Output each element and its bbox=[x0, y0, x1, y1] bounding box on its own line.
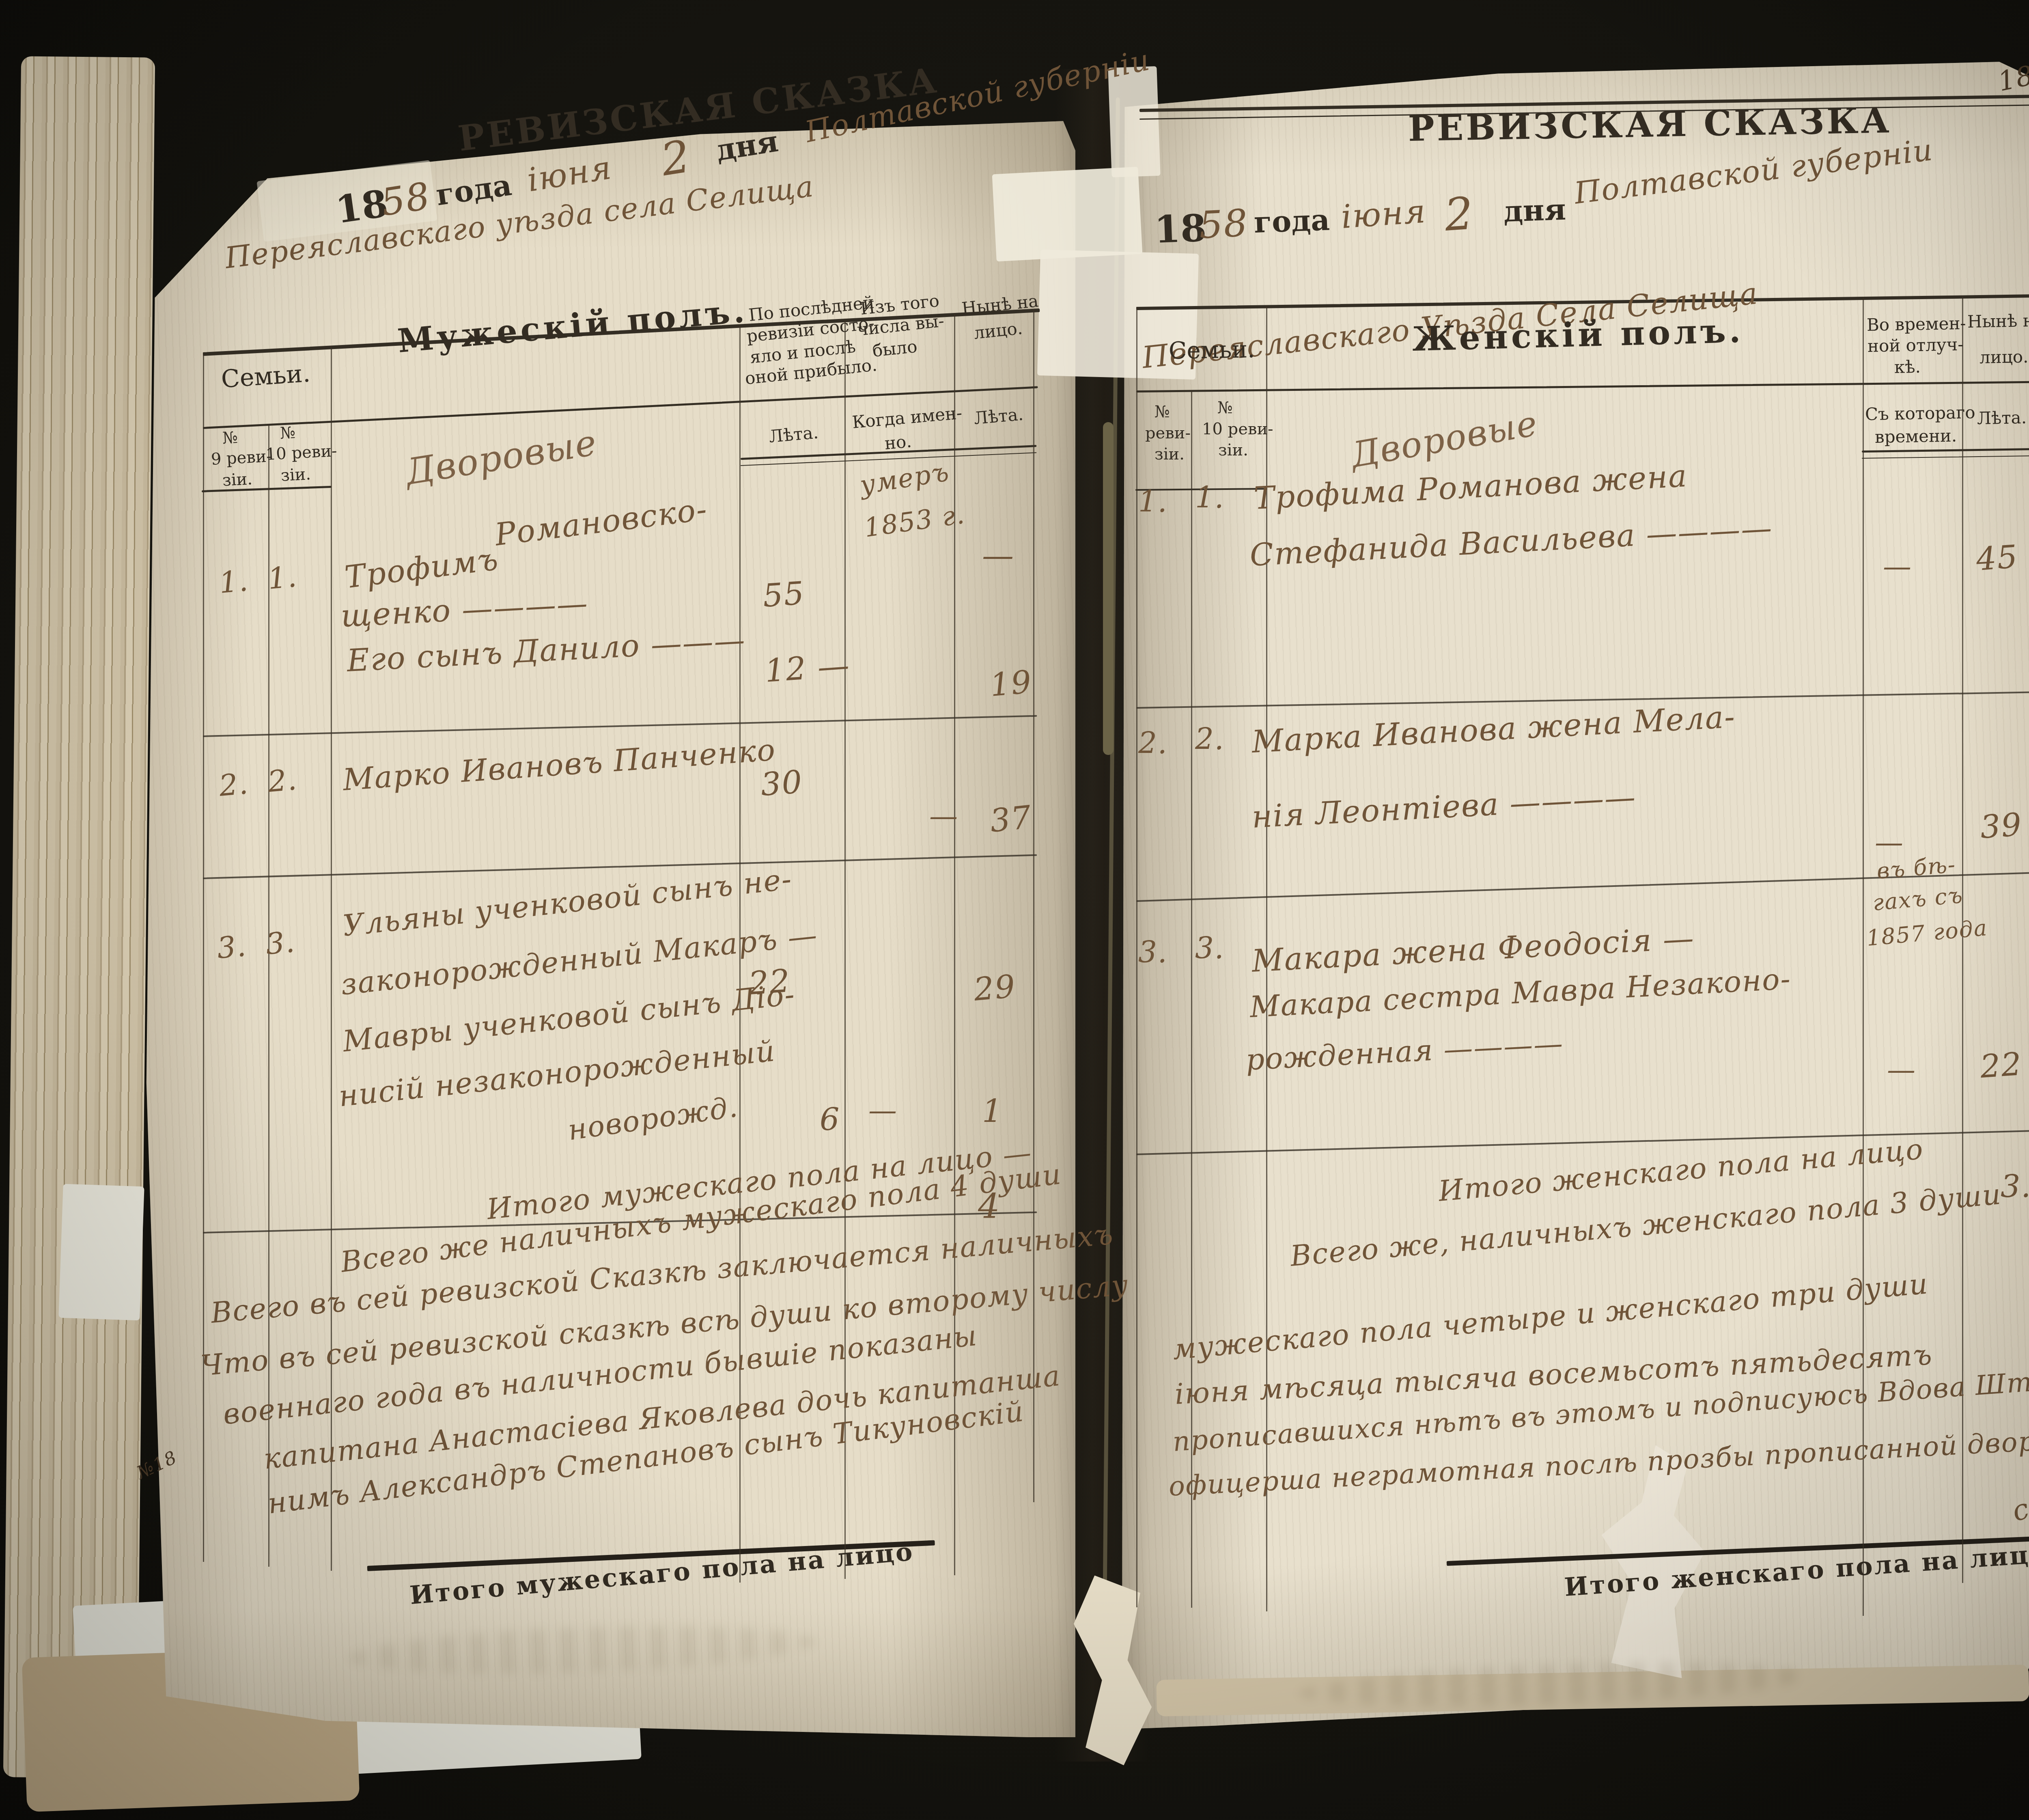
family-no-10rev: 2. bbox=[267, 765, 299, 796]
printed-dnya: дня bbox=[1503, 195, 1566, 226]
family-no-9rev: 1. bbox=[1138, 487, 1168, 516]
subcol-age: Лѣта. bbox=[1977, 409, 2027, 427]
present-age: 29 bbox=[973, 970, 1017, 1006]
subcol-rev10: зіи. bbox=[1218, 442, 1248, 458]
subcol-rev10: 10 реви- bbox=[265, 443, 337, 463]
summary-total: 3. bbox=[2001, 1171, 2029, 1202]
subcol-rev9: № bbox=[222, 429, 238, 446]
dash-mark: — bbox=[1875, 828, 1904, 856]
subcol-when: но. bbox=[884, 433, 912, 452]
col-header-present: лицо. bbox=[973, 320, 1023, 342]
age-value: 6 bbox=[820, 1104, 840, 1135]
page-number: 1889. bbox=[1996, 52, 2029, 95]
family-no-9rev: 3. bbox=[1138, 938, 1168, 967]
col-header-absence: кѣ. bbox=[1894, 358, 1921, 376]
family-no-10rev: 3. bbox=[265, 927, 297, 959]
col-header-present: Нынѣ на bbox=[1967, 312, 2029, 330]
col-header-families: Семьи. bbox=[220, 361, 311, 392]
present-age: 19 bbox=[989, 666, 1034, 701]
col-header-absence: Во времен- bbox=[1867, 315, 1966, 334]
right-page-title: РЕВИЗСКАЯ СКАЗКА bbox=[1408, 103, 1892, 147]
printed-goda: года bbox=[1254, 205, 1330, 237]
dash-mark: — bbox=[868, 1096, 898, 1124]
archival-photo-revision-list: РЕВИЗСКАЯ СКАЗКА 18 58 года іюня 2 дня П… bbox=[0, 0, 2029, 1820]
white-tab-left-edge bbox=[58, 1184, 144, 1321]
dash-mark: — bbox=[929, 802, 958, 830]
binding-cord-knot bbox=[1103, 422, 1114, 755]
subcol-since: времени. bbox=[1875, 427, 1957, 446]
present-age: 22 bbox=[1979, 1048, 2023, 1083]
age-value: 30 bbox=[760, 766, 803, 801]
col-header-families: Семьи. bbox=[1168, 337, 1255, 362]
family-no-10rev: 1. bbox=[267, 562, 299, 593]
col-header-female-sex: Женскій полъ. bbox=[1412, 314, 1744, 356]
col-header-departed: было bbox=[872, 338, 918, 360]
present-age: 39 bbox=[1979, 809, 2023, 843]
dash-mark: — bbox=[982, 540, 1014, 571]
subcol-rev9: 9 реви- bbox=[211, 448, 272, 468]
subcol-rev9: зіи. bbox=[1155, 446, 1185, 462]
family-no-10rev: 1. bbox=[1195, 483, 1225, 512]
handwritten-year: 58 bbox=[379, 177, 433, 222]
col-header-absence: ной отлуч- bbox=[1867, 336, 1964, 355]
subcol-since: Съ котораго bbox=[1865, 404, 1975, 423]
absence-note: въ бѣ- bbox=[1876, 854, 1957, 882]
family-no-10rev: 2. bbox=[1195, 725, 1225, 754]
subcol-rev9: № bbox=[1155, 404, 1170, 420]
handwritten-year: 58 bbox=[1198, 205, 1249, 244]
present-age: 37 bbox=[989, 801, 1034, 837]
printed-dnya: дня bbox=[714, 126, 780, 165]
present-age: 45 bbox=[1975, 541, 2019, 576]
family-no-9rev: 2. bbox=[218, 769, 250, 800]
subcol-rev10: 10 реви- bbox=[1202, 421, 1273, 437]
column-line bbox=[1136, 307, 1137, 1607]
subcol-rev10: № bbox=[1217, 400, 1233, 416]
family-no-10rev: 3. bbox=[1195, 934, 1225, 963]
age-value: 12 — bbox=[764, 649, 851, 687]
family-no-9rev: 1. bbox=[218, 566, 250, 597]
book-left-page-stack-edges bbox=[3, 56, 155, 1778]
column-line bbox=[1033, 309, 1034, 1502]
subcol-rev9: зіи. bbox=[222, 471, 253, 489]
column-line bbox=[1863, 297, 1864, 1616]
present-age: 1 bbox=[982, 1096, 1003, 1128]
handwritten-month: іюня bbox=[1340, 195, 1427, 233]
dash-mark: — bbox=[1883, 552, 1912, 580]
tape-strip bbox=[992, 167, 1143, 262]
subcol-rev9: реви- bbox=[1145, 425, 1191, 441]
subcol-age: Лѣта. bbox=[768, 424, 819, 445]
family-no-9rev: 2. bbox=[1138, 729, 1168, 758]
age-value: 55 bbox=[762, 578, 806, 612]
subcol-age: Лѣта. bbox=[973, 405, 1024, 427]
col-header-present: лицо. bbox=[1979, 348, 2029, 366]
subcol-rev10: № bbox=[280, 425, 296, 442]
subcol-rev10: зіи. bbox=[280, 466, 311, 484]
handwritten-day: 2 bbox=[1443, 191, 1475, 237]
dash-mark: — bbox=[1887, 1055, 1916, 1084]
family-no-9rev: 3. bbox=[216, 931, 248, 963]
